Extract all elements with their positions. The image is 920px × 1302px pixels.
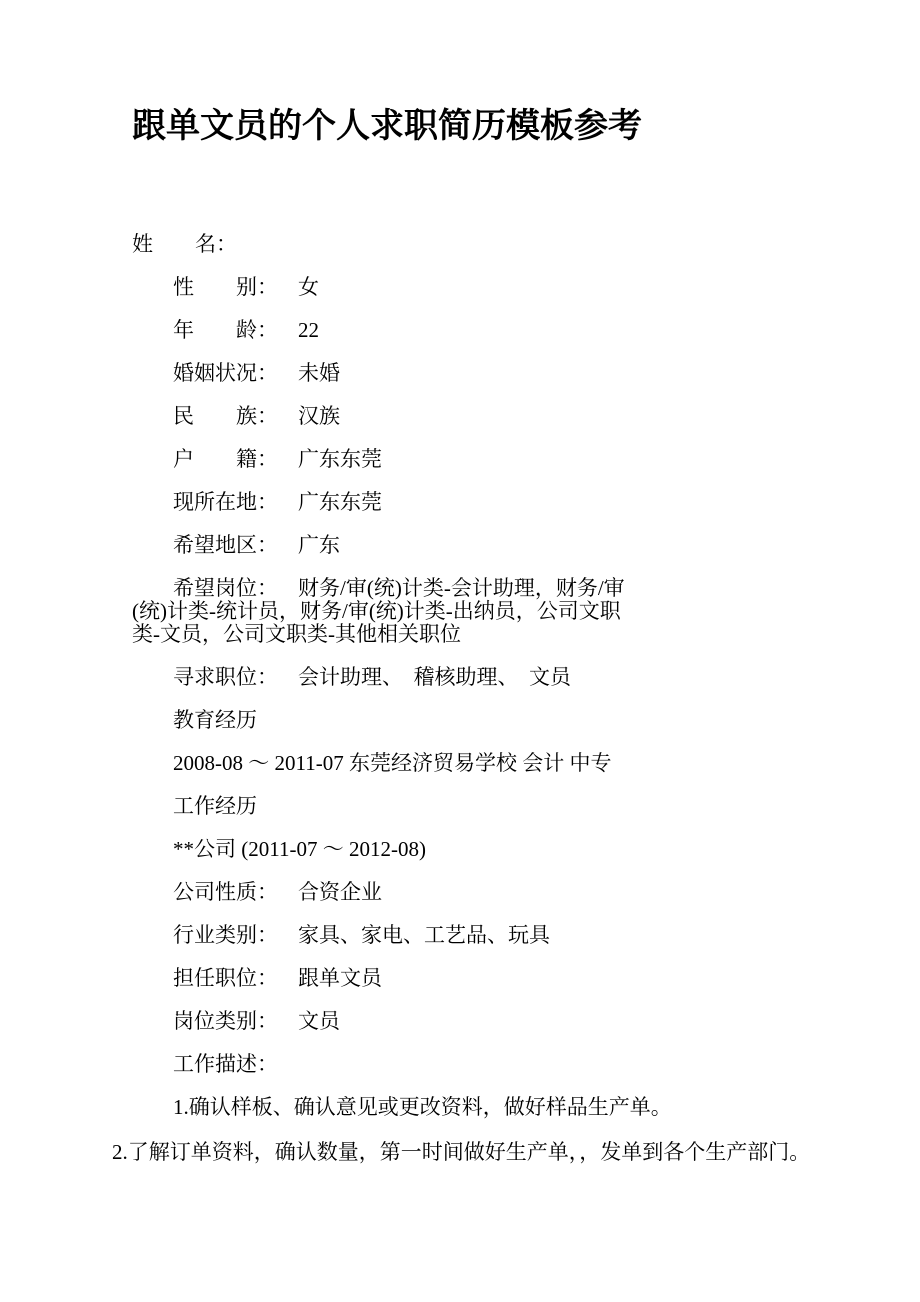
field-desired-region: 希望地区：广东 bbox=[132, 534, 835, 557]
field-current-location: 现所在地：广东东莞 bbox=[132, 491, 835, 514]
field-age-label: 年 龄： bbox=[173, 318, 278, 342]
field-position-held-value: 跟单文员 bbox=[298, 966, 382, 990]
job-description-label: 工作描述： bbox=[132, 1053, 835, 1076]
field-position-held-label: 担任职位： bbox=[173, 966, 278, 990]
field-household-registry: 户 籍：广东东莞 bbox=[132, 448, 835, 471]
field-marital-status-label: 婚姻状况： bbox=[173, 361, 278, 385]
field-ethnicity-value: 汉族 bbox=[298, 404, 340, 428]
field-industry-value: 家具、家电、工艺品、玩具 bbox=[298, 923, 550, 947]
duty-item-1: 1.确认样板、确认意见或更改资料，做好样品生产单。 bbox=[132, 1096, 835, 1119]
field-desired-positions: 希望岗位：财务/审(统)计类-会计助理，财务/审(统)计类-统计员，财务/审(统… bbox=[132, 577, 637, 646]
field-industry-label: 行业类别： bbox=[173, 923, 278, 947]
field-desired-region-value: 广东 bbox=[298, 533, 340, 557]
field-gender: 性 别：女 bbox=[132, 276, 835, 299]
company-line: **公司 (2011-07 ～ 2012-08) bbox=[132, 838, 835, 861]
field-age-value: 22 bbox=[298, 318, 319, 342]
section-education: 教育经历 bbox=[132, 709, 835, 732]
field-name-label: 姓 名： bbox=[132, 232, 237, 256]
field-seeking-positions-value: 会计助理、 稽核助理、 文员 bbox=[298, 665, 571, 689]
field-position-category-value: 文员 bbox=[298, 1009, 340, 1033]
field-seeking-positions-label: 寻求职位： bbox=[173, 665, 278, 689]
field-ethnicity: 民 族：汉族 bbox=[132, 405, 835, 428]
field-position-category: 岗位类别：文员 bbox=[132, 1010, 835, 1033]
document-title: 跟单文员的个人求职简历模板参考 bbox=[132, 105, 835, 149]
section-work-experience: 工作经历 bbox=[132, 795, 835, 818]
field-gender-label: 性 别： bbox=[173, 275, 278, 299]
field-desired-region-label: 希望地区： bbox=[173, 533, 278, 557]
resume-page: 跟单文员的个人求职简历模板参考 姓 名： 性 别：女 年 龄：22 婚姻状况：未… bbox=[0, 0, 920, 1302]
field-company-type-label: 公司性质： bbox=[173, 880, 278, 904]
field-name: 姓 名： bbox=[132, 233, 835, 256]
field-current-location-label: 现所在地： bbox=[173, 490, 278, 514]
duty-item-2: 2.了解订单资料，确认数量，第一时间做好生产单，，发单到各个生产部门。 bbox=[132, 1141, 835, 1164]
education-entry: 2008-08 ～ 2011-07 东莞经济贸易学校 会计 中专 bbox=[132, 752, 835, 775]
field-position-held: 担任职位：跟单文员 bbox=[132, 967, 835, 990]
field-industry: 行业类别：家具、家电、工艺品、玩具 bbox=[132, 924, 835, 947]
field-seeking-positions: 寻求职位：会计助理、 稽核助理、 文员 bbox=[132, 666, 835, 689]
field-household-registry-label: 户 籍： bbox=[173, 447, 278, 471]
field-age: 年 龄：22 bbox=[132, 319, 835, 342]
field-marital-status: 婚姻状况：未婚 bbox=[132, 362, 835, 385]
field-current-location-value: 广东东莞 bbox=[298, 490, 382, 514]
field-household-registry-value: 广东东莞 bbox=[298, 447, 382, 471]
field-marital-status-value: 未婚 bbox=[298, 361, 340, 385]
field-gender-value: 女 bbox=[298, 275, 319, 299]
field-company-type: 公司性质：合资企业 bbox=[132, 881, 835, 904]
field-ethnicity-label: 民 族： bbox=[173, 404, 278, 428]
field-position-category-label: 岗位类别： bbox=[173, 1009, 278, 1033]
field-desired-positions-label: 希望岗位： bbox=[173, 576, 278, 600]
field-company-type-value: 合资企业 bbox=[298, 880, 382, 904]
